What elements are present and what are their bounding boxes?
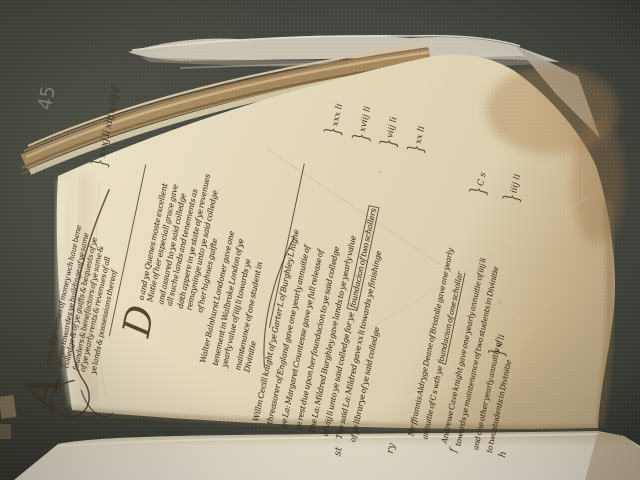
benefactor-entries: Willm Cecill knight of ye Garter L of Bu… — [251, 83, 434, 444]
sum-brace: } — [406, 143, 428, 155]
book-edge-fragment — [0, 424, 11, 439]
sum-brace: } — [502, 192, 524, 204]
sum-figures: iiij li — [509, 173, 523, 194]
sum-figures: xx li — [413, 125, 427, 145]
manuscript-text-plane: 45 } xxxj li xiij s iiij d A note of ye … — [30, 30, 600, 450]
opening-paragraph: A note of ye somes of money wch haue ben… — [46, 129, 148, 375]
folio-number: 45 — [34, 84, 60, 112]
sum-figures: C s — [476, 171, 489, 186]
sum-brace: } — [468, 185, 490, 197]
decorated-initial-d: D — [117, 302, 161, 340]
manuscript-photo: st ry f h 45 } xxxj li xiij s iiij d A n… — [0, 0, 640, 480]
benefactor-entries-2: Mr ffrannis Aldryge Deane of Bristolle g… — [406, 166, 555, 455]
sum-figures: x li — [494, 333, 507, 348]
